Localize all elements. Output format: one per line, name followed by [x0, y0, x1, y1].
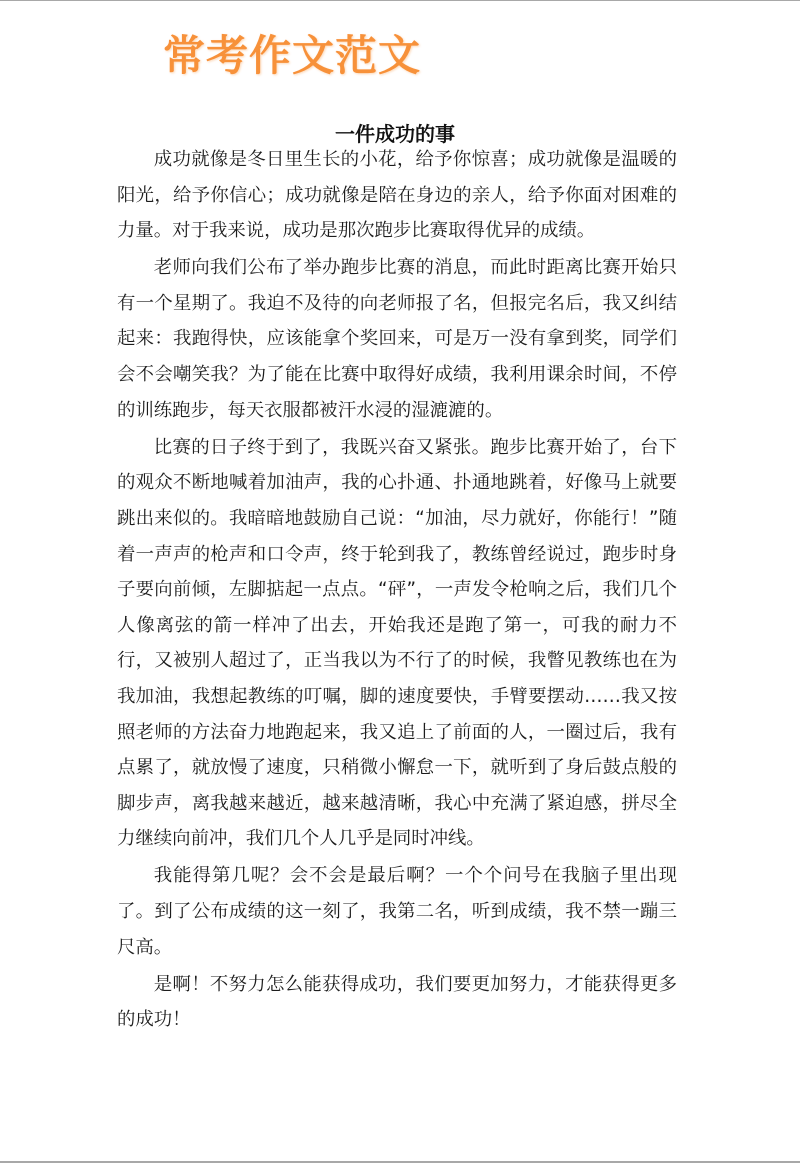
essay-body: 成功就像是冬日里生长的小花，给予你惊喜；成功就像是温暖的阳光，给予你信心；成功就… [117, 142, 677, 1039]
banner-title: 常考作文范文 [163, 28, 421, 84]
paragraph-conclusion: 是啊！不努力怎么能获得成功，我们要更加努力，才能获得更多的成功！ [117, 967, 677, 1038]
paragraph-preparation: 老师向我们公布了举办跑步比赛的消息，而此时距离比赛开始只有一个星期了。我迫不及待… [117, 250, 677, 428]
page-top-edge [0, 0, 800, 1]
paragraph-result: 我能得第几呢？会不会是最后啊？一个个问号在我脑子里出现了。到了公布成绩的这一刻了… [117, 858, 677, 965]
paragraph-intro: 成功就像是冬日里生长的小花，给予你惊喜；成功就像是温暖的阳光，给予你信心；成功就… [117, 142, 677, 249]
paragraph-race: 比赛的日子终于到了，我既兴奋又紧张。跑步比赛开始了，台下的观众不断地喊着加油声，… [117, 430, 677, 857]
